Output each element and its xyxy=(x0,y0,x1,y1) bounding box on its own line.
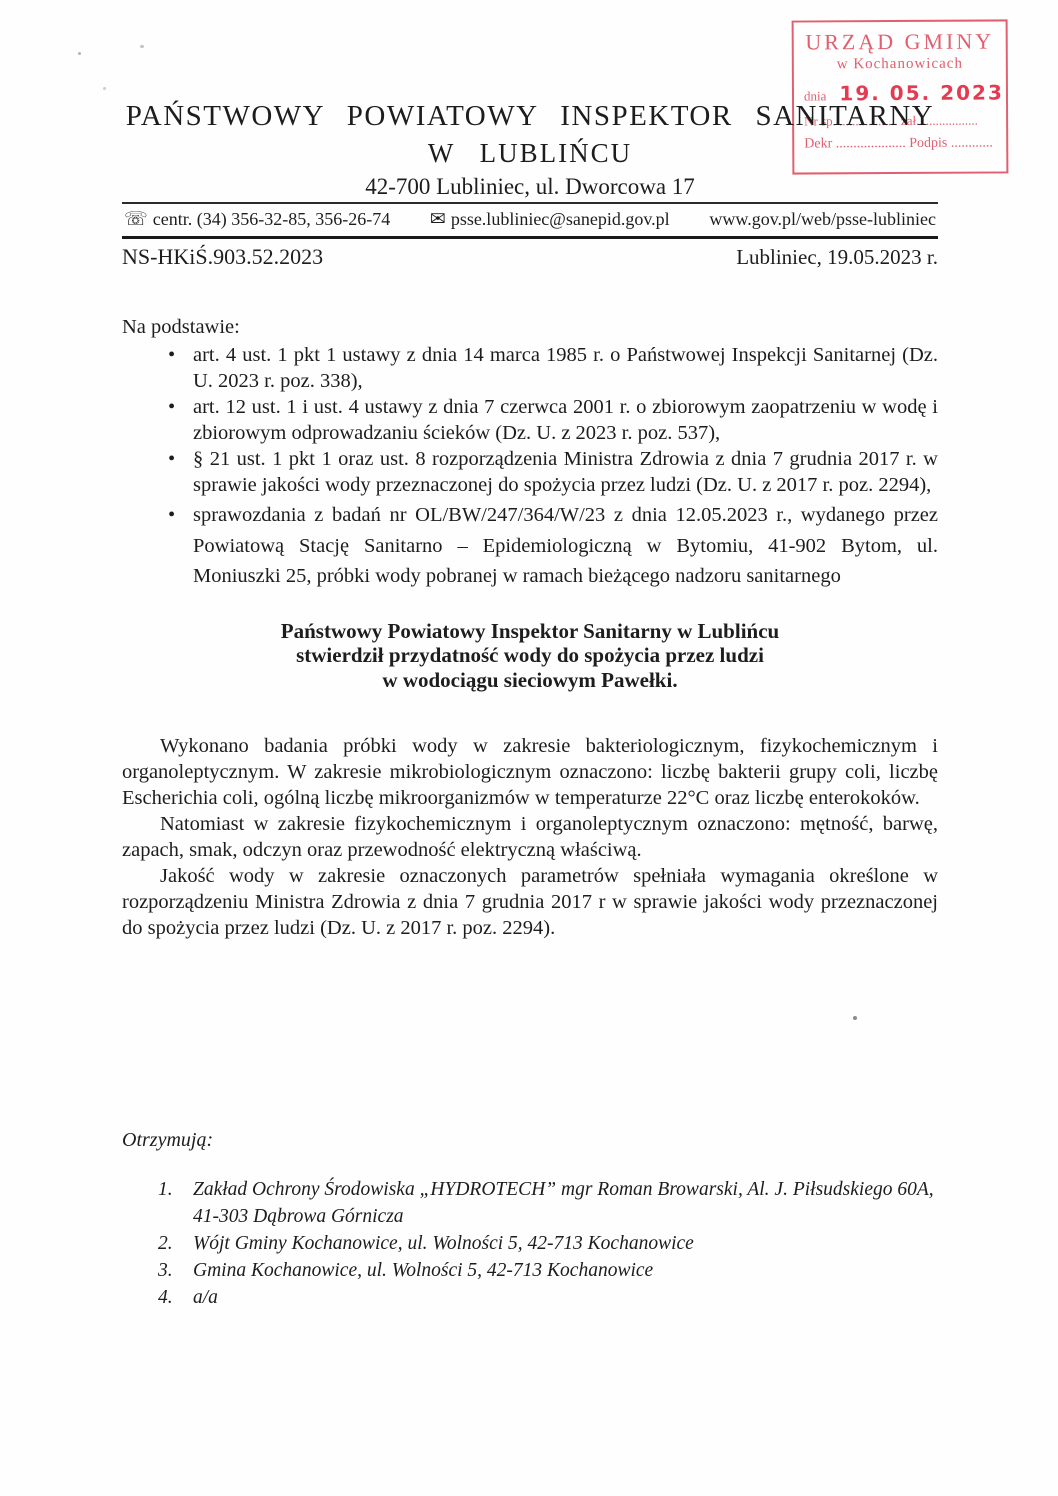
decision-line2: stwierdził przydatność wody do spożycia … xyxy=(122,643,938,668)
recipient-item: a/a xyxy=(158,1284,938,1311)
phone-contact: ☏ centr. (34) 356-32-85, 356-26-74 xyxy=(124,209,390,230)
scan-speck xyxy=(78,52,81,55)
legal-basis-intro: Na podstawie: xyxy=(122,316,938,339)
case-reference-number: NS-HKiŚ.903.52.2023 xyxy=(122,244,323,270)
phone-icon: ☏ xyxy=(124,210,148,229)
paragraph: Natomiast w zakresie fizykochemicznym i … xyxy=(122,811,938,863)
legal-basis-item: sprawozdania z badań nr OL/BW/247/364/W/… xyxy=(160,500,938,592)
scanned-letter-page: URZĄD GMINY w Kochanowicach dnia 19. 05.… xyxy=(0,0,1058,1496)
email-contact: ✉ psse.lubliniec@sanepid.gov.pl xyxy=(430,209,670,230)
letter-content: PAŃSTWOWY POWIATOWY INSPEKTOR SANITARNY … xyxy=(0,0,1058,1311)
legal-basis-item: art. 4 ust. 1 pkt 1 ustawy z dnia 14 mar… xyxy=(160,342,938,394)
explanation-paragraphs: Wykonano badania próbki wody w zakresie … xyxy=(122,733,938,941)
email-address: psse.lubliniec@sanepid.gov.pl xyxy=(451,209,670,230)
legal-basis-list: art. 4 ust. 1 pkt 1 ustawy z dnia 14 mar… xyxy=(160,342,938,592)
recipient-item: Wójt Gminy Kochanowice, ul. Wolności 5, … xyxy=(158,1230,938,1257)
issuer-title-line1: PAŃSTWOWY POWIATOWY INSPEKTOR SANITARNY xyxy=(122,100,938,133)
issuer-title-line2: W LUBLIŃCU xyxy=(122,138,938,169)
paragraph: Wykonano badania próbki wody w zakresie … xyxy=(122,733,938,811)
scan-speck xyxy=(853,1016,857,1020)
decision-statement: Państwowy Powiatowy Inspektor Sanitarny … xyxy=(122,619,938,693)
recipient-item: Zakład Ochrony Środowiska „HYDROTECH” mg… xyxy=(158,1176,938,1230)
place-and-date: Lubliniec, 19.05.2023 r. xyxy=(736,245,938,270)
scan-speck xyxy=(103,87,106,90)
reference-row: NS-HKiŚ.903.52.2023 Lubliniec, 19.05.202… xyxy=(122,239,938,270)
contact-row: ☏ centr. (34) 356-32-85, 356-26-74 ✉ pss… xyxy=(122,204,938,239)
legal-basis-item: § 21 ust. 1 pkt 1 oraz ust. 8 rozporządz… xyxy=(160,446,938,498)
legal-basis-item: art. 12 ust. 1 i ust. 4 ustawy z dnia 7 … xyxy=(160,394,938,446)
recipients-list: Zakład Ochrony Środowiska „HYDROTECH” mg… xyxy=(158,1176,938,1311)
issuer-address: 42-700 Lubliniec, ul. Dworcowa 17 xyxy=(122,174,938,200)
recipients-label: Otrzymują: xyxy=(122,1129,938,1152)
letterhead: PAŃSTWOWY POWIATOWY INSPEKTOR SANITARNY … xyxy=(122,0,938,204)
paragraph: Jakość wody w zakresie oznaczonych param… xyxy=(122,863,938,941)
decision-line1: Państwowy Powiatowy Inspektor Sanitarny … xyxy=(122,619,938,644)
recipient-item: Gmina Kochanowice, ul. Wolności 5, 42-71… xyxy=(158,1257,938,1284)
phone-number: centr. (34) 356-32-85, 356-26-74 xyxy=(153,209,390,230)
email-icon: ✉ xyxy=(430,210,446,229)
decision-line3: w wodociągu sieciowym Pawełki. xyxy=(122,668,938,693)
website-url: www.gov.pl/web/psse-lubliniec xyxy=(709,209,936,230)
